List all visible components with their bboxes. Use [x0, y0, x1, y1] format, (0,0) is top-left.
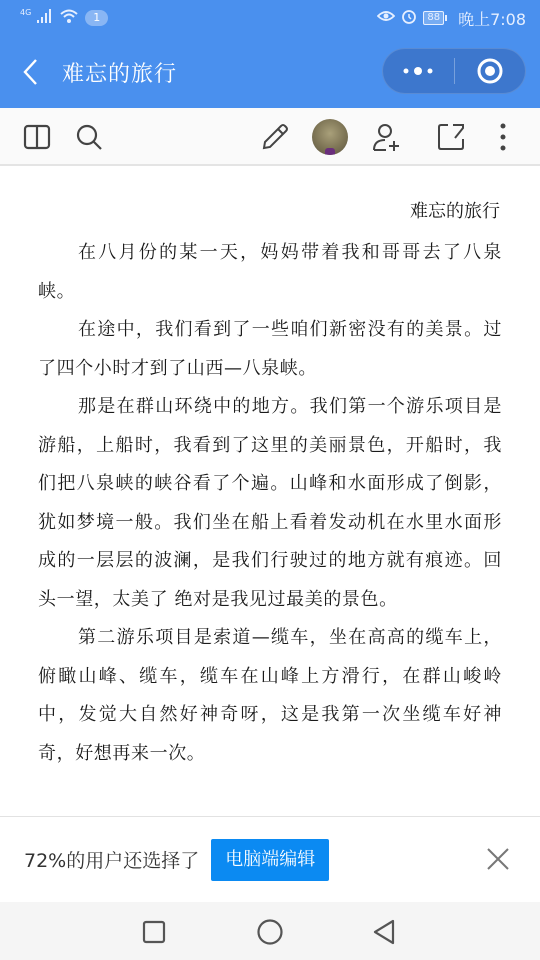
wifi-icon	[59, 8, 79, 28]
recent-apps-button[interactable]	[140, 918, 168, 946]
back-button[interactable]	[4, 36, 56, 108]
page-title: 难忘的旅行	[62, 57, 177, 88]
close-banner-button[interactable]	[484, 845, 512, 873]
book-icon	[23, 124, 51, 150]
circle-icon	[256, 918, 284, 946]
battery-indicator: 88	[423, 11, 444, 25]
editor-toolbar	[0, 108, 540, 166]
paragraph: 那是在群山环绕中的地方。我们第一个游乐项目是游船，上船时，我看到了这里的美丽景色…	[38, 388, 502, 619]
chevron-left-icon	[22, 58, 38, 86]
desktop-edit-button[interactable]: 电脑端编辑	[211, 839, 329, 881]
triangle-back-icon	[372, 919, 396, 945]
close-icon	[484, 845, 512, 873]
add-user-icon	[372, 122, 402, 152]
target-circle-icon	[476, 57, 504, 85]
notification-badge: 1	[85, 10, 108, 26]
close-miniapp-button[interactable]	[455, 49, 526, 93]
search-button[interactable]	[74, 122, 104, 152]
clock: 晚上7:08	[458, 7, 526, 30]
miniapp-capsule	[382, 48, 526, 94]
paragraph: 在途中，我们看到了一些咱们新密没有的美景。过了四个小时才到了山西—八泉峡。	[38, 311, 502, 388]
status-bar: 4G 1 88 晚上7:08	[0, 0, 540, 36]
home-button[interactable]	[256, 918, 284, 946]
edit-button[interactable]	[260, 122, 290, 152]
alarm-icon	[401, 8, 417, 28]
promo-banner: 72%的用户还选择了 电脑端编辑	[0, 816, 540, 902]
share-button[interactable]	[436, 122, 466, 152]
outline-button[interactable]	[22, 122, 52, 152]
square-icon	[142, 920, 166, 944]
more-vertical-icon	[499, 123, 507, 151]
more-options-button[interactable]	[488, 122, 518, 152]
eye-icon	[377, 9, 395, 27]
signal-icon	[37, 9, 53, 27]
app-header: 难忘的旅行	[0, 36, 540, 108]
back-nav-button[interactable]	[370, 918, 398, 946]
add-collaborator-button[interactable]	[372, 122, 402, 152]
avatar[interactable]	[312, 119, 348, 155]
document-body[interactable]: 难忘的旅行 在八月份的某一天，妈妈带着我和哥哥去了八泉峡。 在途中，我们看到了一…	[0, 168, 540, 816]
paragraph: 在八月份的某一天，妈妈带着我和哥哥去了八泉峡。	[38, 234, 502, 311]
paragraph: 第二游乐项目是索道—缆车，坐在高高的缆车上，俯瞰山峰、缆车，缆车在山峰上方滑行，…	[38, 619, 502, 773]
more-dots-icon	[401, 65, 435, 77]
promo-text: 72%的用户还选择了	[24, 846, 199, 873]
document-title: 难忘的旅行	[38, 198, 502, 226]
system-nav-bar	[0, 902, 540, 960]
network-type-label: 4G	[20, 8, 31, 17]
more-button[interactable]	[383, 49, 454, 93]
share-icon	[436, 122, 466, 152]
search-icon	[75, 123, 103, 151]
pencil-icon	[260, 122, 290, 152]
